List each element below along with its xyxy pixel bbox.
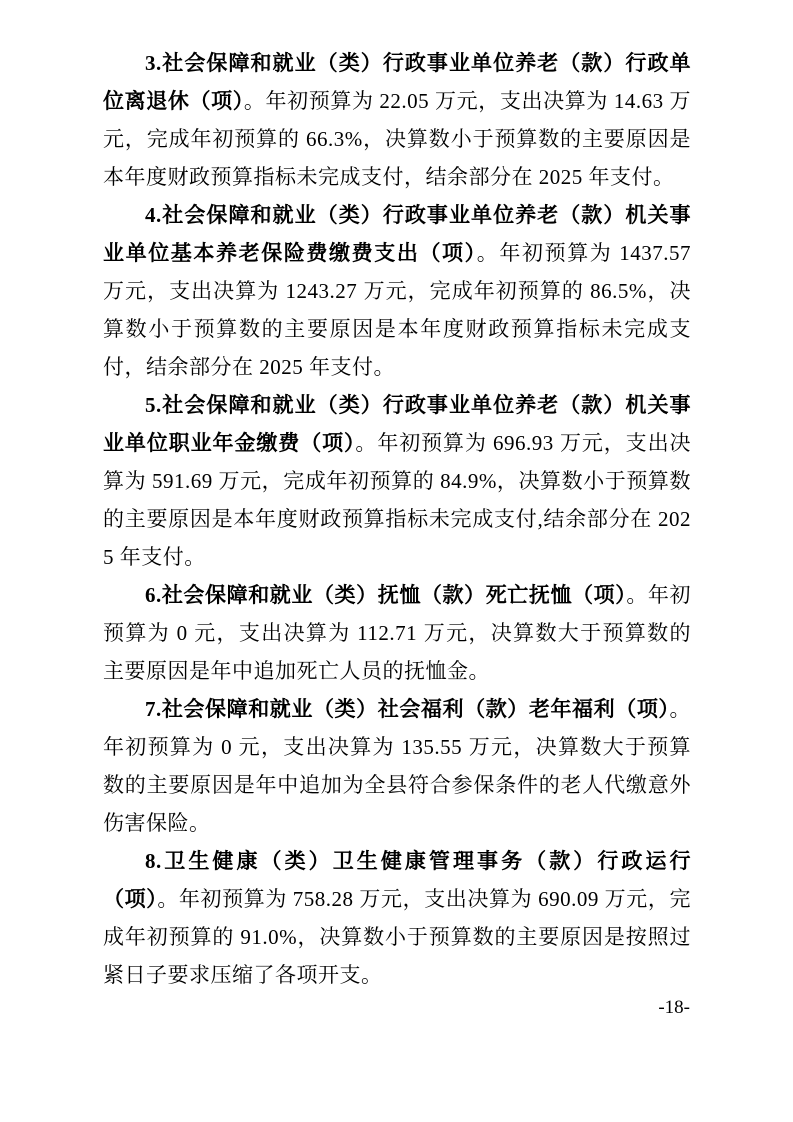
budget-item-paragraph-3: 3.社会保障和就业（类）行政事业单位养老（款）行政单位离退休（项）。年初预算为 … (103, 44, 691, 196)
item-body: 。年初预算为 758.28 万元，支出决算为 690.09 万元，完成年初预算的… (103, 887, 691, 987)
budget-item-paragraph-7: 7.社会保障和就业（类）社会福利（款）老年福利（项）。年初预算为 0 元，支出决… (103, 690, 691, 842)
document-page: 3.社会保障和就业（类）行政事业单位养老（款）行政单位离退休（项）。年初预算为 … (0, 0, 793, 1122)
budget-item-paragraph-4: 4.社会保障和就业（类）行政事业单位养老（款）机关事业单位基本养老保险费缴费支出… (103, 196, 691, 386)
item-heading: 6.社会保障和就业（类）抚恤（款）死亡抚恤（项） (145, 583, 626, 607)
budget-item-paragraph-6: 6.社会保障和就业（类）抚恤（款）死亡抚恤（项）。年初预算为 0 元，支出决算为… (103, 576, 691, 690)
document-content: 3.社会保障和就业（类）行政事业单位养老（款）行政单位离退休（项）。年初预算为 … (103, 44, 691, 994)
item-heading: 7.社会保障和就业（类）社会福利（款）老年福利（项） (145, 697, 670, 721)
budget-item-paragraph-5: 5.社会保障和就业（类）行政事业单位养老（款）机关事业单位职业年金缴费（项）。年… (103, 386, 691, 576)
page-number: -18- (658, 997, 690, 1019)
budget-item-paragraph-8: 8.卫生健康（类）卫生健康管理事务（款）行政运行（项）。年初预算为 758.28… (103, 842, 691, 994)
